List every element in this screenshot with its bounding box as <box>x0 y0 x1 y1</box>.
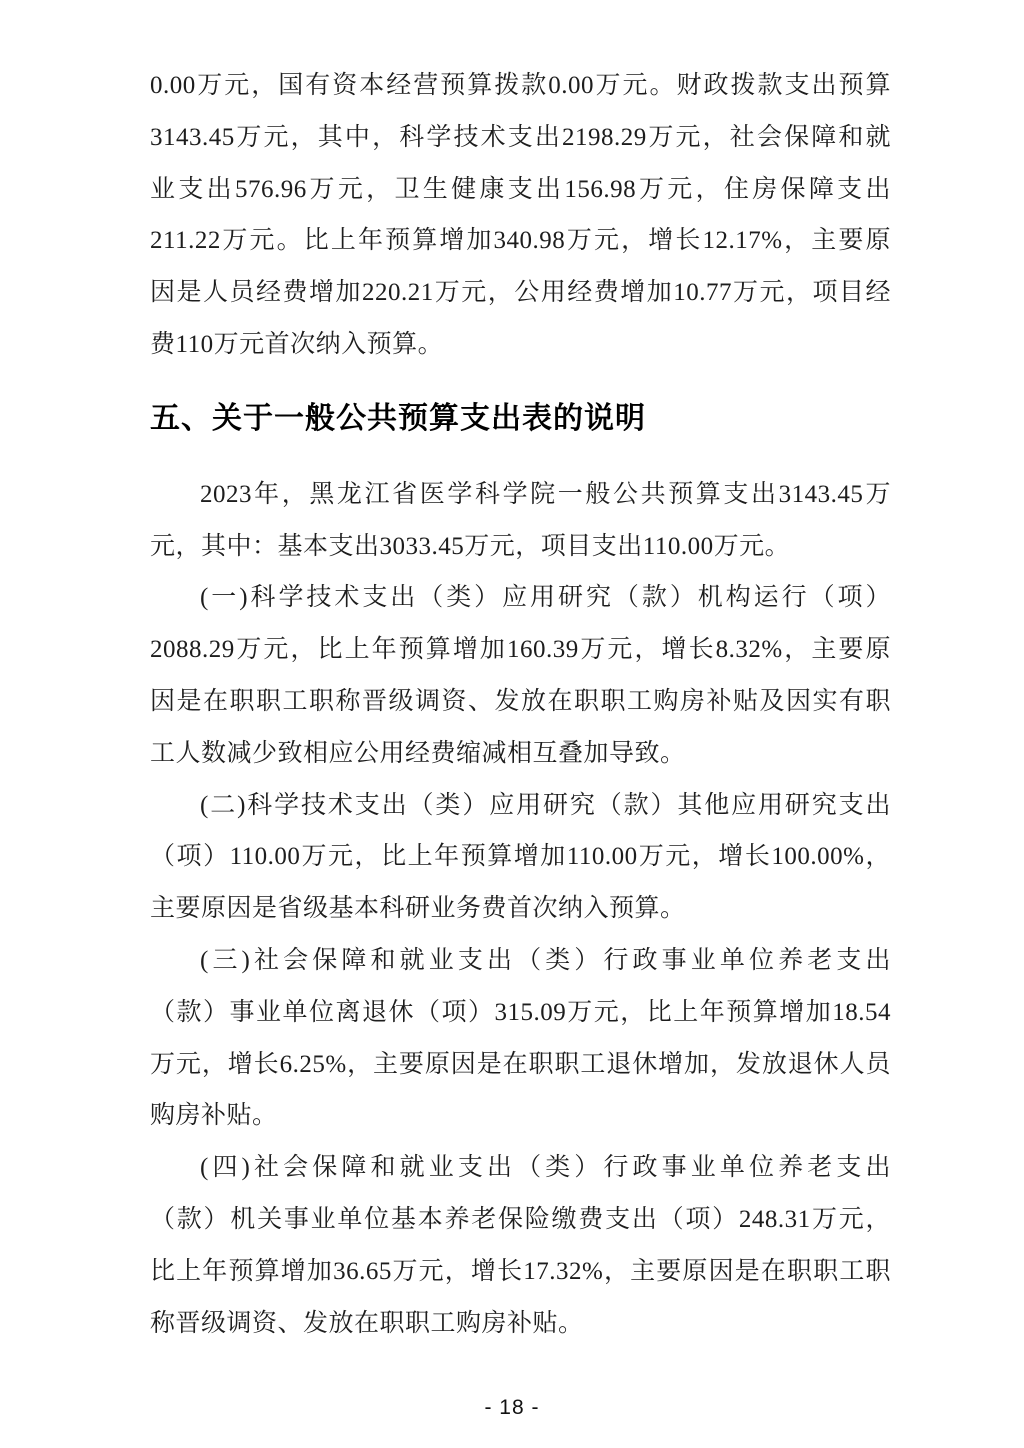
text-line: （款）事业单位离退休（项）315.09万元，比上年预算增加18.54 <box>150 987 891 1039</box>
text-line: 2088.29万元，比上年预算增加160.39万元，增长8.32%，主要原 <box>150 624 891 676</box>
text-line: 购房补贴。 <box>150 1090 891 1142</box>
text-line: 0.00万元，国有资本经营预算拨款0.00万元。财政拨款支出预算 <box>150 60 891 112</box>
text-line: 2023年，黑龙江省医学科学院一般公共预算支出3143.45万 <box>150 469 891 521</box>
section-heading: 五、关于一般公共预算支出表的说明 <box>150 393 891 445</box>
page-number: - 18 - <box>0 1396 1024 1420</box>
text-line: 业支出576.96万元，卫生健康支出156.98万元，住房保障支出 <box>150 164 891 216</box>
text-line: 元，其中：基本支出3033.45万元，项目支出110.00万元。 <box>150 521 891 573</box>
text-line: (一)科学技术支出（类）应用研究（款）机构运行（项） <box>150 572 891 624</box>
text-line: （款）机关事业单位基本养老保险缴费支出（项）248.31万元， <box>150 1194 891 1246</box>
text-line: 因是人员经费增加220.21万元，公用经费增加10.77万元，项目经 <box>150 267 891 319</box>
text-line: 费110万元首次纳入预算。 <box>150 319 891 371</box>
item-paragraph-2: (二)科学技术支出（类）应用研究（款）其他应用研究支出（项）110.00万元，比… <box>150 780 891 935</box>
text-line: （项）110.00万元，比上年预算增加110.00万元，增长100.00%， <box>150 831 891 883</box>
text-line: 主要原因是省级基本科研业务费首次纳入预算。 <box>150 883 891 935</box>
item-paragraph-1: (一)科学技术支出（类）应用研究（款）机构运行（项）2088.29万元，比上年预… <box>150 572 891 779</box>
text-line: 称晋级调资、发放在职职工购房补贴。 <box>150 1298 891 1350</box>
document-content: 0.00万元，国有资本经营预算拨款0.00万元。财政拨款支出预算3143.45万… <box>150 60 891 1349</box>
text-line: (四)社会保障和就业支出（类）行政事业单位养老支出 <box>150 1142 891 1194</box>
text-line: 比上年预算增加36.65万元，增长17.32%，主要原因是在职职工职 <box>150 1246 891 1298</box>
text-line: (二)科学技术支出（类）应用研究（款）其他应用研究支出 <box>150 780 891 832</box>
text-line: (三)社会保障和就业支出（类）行政事业单位养老支出 <box>150 935 891 987</box>
paragraph-continuation: 0.00万元，国有资本经营预算拨款0.00万元。财政拨款支出预算3143.45万… <box>150 60 891 371</box>
intro-paragraph: 2023年，黑龙江省医学科学院一般公共预算支出3143.45万元，其中：基本支出… <box>150 469 891 573</box>
item-paragraph-4: (四)社会保障和就业支出（类）行政事业单位养老支出（款）机关事业单位基本养老保险… <box>150 1142 891 1349</box>
item-paragraph-3: (三)社会保障和就业支出（类）行政事业单位养老支出（款）事业单位离退休（项）31… <box>150 935 891 1142</box>
text-line: 万元，增长6.25%，主要原因是在职职工退休增加，发放退休人员 <box>150 1039 891 1091</box>
text-line: 211.22万元。比上年预算增加340.98万元，增长12.17%，主要原 <box>150 215 891 267</box>
text-line: 因是在职职工职称晋级调资、发放在职职工购房补贴及因实有职 <box>150 676 891 728</box>
document-page: 0.00万元，国有资本经营预算拨款0.00万元。财政拨款支出预算3143.45万… <box>0 0 1024 1448</box>
text-line: 工人数减少致相应公用经费缩减相互叠加导致。 <box>150 728 891 780</box>
text-line: 3143.45万元，其中，科学技术支出2198.29万元，社会保障和就 <box>150 112 891 164</box>
